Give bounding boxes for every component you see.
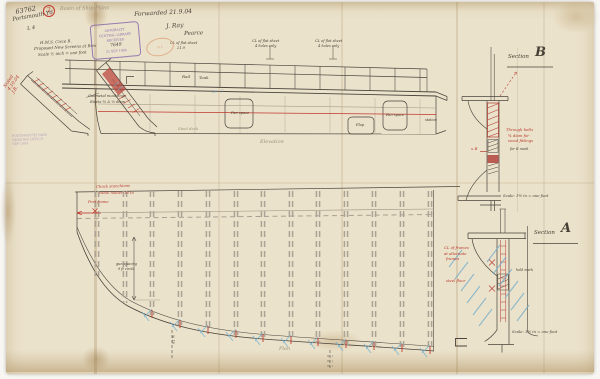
frame-number-note: № 18 <box>170 335 174 344</box>
hull-bottom-line <box>101 134 436 135</box>
corner-mark <box>127 77 135 85</box>
deck-end-cap <box>436 92 447 101</box>
section-a-letter: A <box>561 222 571 237</box>
section-b-red-box <box>488 103 499 137</box>
elevation-view-label: Elevation <box>260 140 284 146</box>
section-b-word: Section <box>508 54 529 60</box>
plan-second-line <box>77 209 433 213</box>
section-a-red-note-4: steel floor <box>446 279 465 283</box>
hull-right-edge <box>436 96 446 134</box>
fan-space-label-1: Fan space <box>231 111 249 115</box>
blue-pencil-note: 24 · 7 <box>212 90 224 95</box>
section-a-side-note: hold mark <box>516 269 533 273</box>
section-a-gusset <box>472 239 497 276</box>
bow-red-band <box>102 68 126 96</box>
section-a-flange <box>468 233 526 239</box>
section-a-foot <box>485 330 515 353</box>
rail-top <box>65 60 427 69</box>
flat-sheet-note-left-1: CL of flat sheet <box>252 39 279 43</box>
plan-red-note-2: Port frame <box>88 200 109 204</box>
section-b-hatch-block <box>488 140 498 153</box>
section-a-red-note-3: frames <box>446 257 459 261</box>
flat-sheet-note-right-1: CL of flat sheet <box>315 39 342 43</box>
section-b-red-leader <box>500 72 517 96</box>
section-a-frame-line <box>528 226 539 336</box>
flat-sheet-note-left-2: 4 holes only <box>255 44 276 48</box>
section-a-word: Section <box>534 230 555 236</box>
plan-red-arrow <box>77 209 101 215</box>
section-b-small-note: for B mark <box>510 148 528 152</box>
section-b-lower-hatch <box>488 163 498 174</box>
rail-label: Rail <box>182 75 190 80</box>
signature-2: Pearce <box>184 30 203 37</box>
plan-drawing <box>75 187 467 371</box>
gun-dim-note-2: 9 ft circle <box>118 268 135 272</box>
section-b-member <box>487 101 499 192</box>
flap-label: Flap <box>356 123 364 127</box>
section-a-red-note-1: CL of frames <box>444 246 469 250</box>
bow-piece-1-outline <box>21 72 91 137</box>
bow-note-1: Gunmetal mouldings <box>88 94 126 98</box>
bow-curve-inner <box>77 227 434 347</box>
hanging-frame-line-2 <box>327 350 333 370</box>
plan-dashed-line <box>77 215 433 219</box>
library-stamp: ADMIRALTY CENTRAL LIBRARY RECEIVED 7649 … <box>90 21 142 60</box>
section-a-red-crosses <box>489 260 495 292</box>
section-b-gusset <box>468 101 487 129</box>
rail-mid <box>65 69 427 78</box>
section-b-letter: B <box>535 46 546 61</box>
section-b-red-hatching <box>488 104 499 138</box>
yard-stamp: PORTSMOUTH YARD DRAWING OFFICE SEP 1904 <box>12 133 47 147</box>
section-b-pole <box>491 47 494 101</box>
plan-view-label: Plan <box>279 347 290 353</box>
bow-curve-outer <box>77 232 434 351</box>
fan-space-label-2: Fan space <box>386 113 404 117</box>
signature-note-2: 21.9 <box>177 46 185 50</box>
pencil-guide-line <box>98 104 436 108</box>
section-a-scale-note: Scale: 1½ in = one foot <box>512 330 557 334</box>
sub-reference: L 4 <box>27 26 36 33</box>
section-b-scale-note: Scale: 1½ in = one foot <box>503 194 548 198</box>
section-b-red-note-3: wood fittings <box>508 139 533 143</box>
section-b-red-note-1: Through bolts <box>506 128 533 132</box>
signature-note-1: CL of flat sheet <box>170 41 197 45</box>
teak-label: Teak <box>199 76 209 81</box>
section-b-red-band <box>488 155 499 163</box>
section-a-member <box>497 239 509 330</box>
section-b-tick-label: x B <box>471 147 477 152</box>
detail-bracket <box>456 339 468 347</box>
pencil-note: Basin of Ship Plans <box>60 6 109 13</box>
bow-note-2: Rivets ¾ & ⅝ diam <box>90 100 125 104</box>
section-a-stub <box>500 209 507 233</box>
plan-red-note-1b: cable holder 16 in <box>99 191 134 195</box>
station-label: station <box>425 119 437 123</box>
section-b-arm <box>462 97 508 101</box>
signature-1: J. Ray <box>166 23 184 31</box>
flat-sheet-note-right-2: 4 holes only <box>318 44 339 48</box>
steel-deck-label: Steel deck <box>178 127 198 131</box>
scanned-ship-plan: 2 63762 Portsmouth Yd L 4 Basin of Ship … <box>0 0 600 379</box>
section-b-foot <box>458 196 501 211</box>
deck-beams-right <box>99 191 432 351</box>
